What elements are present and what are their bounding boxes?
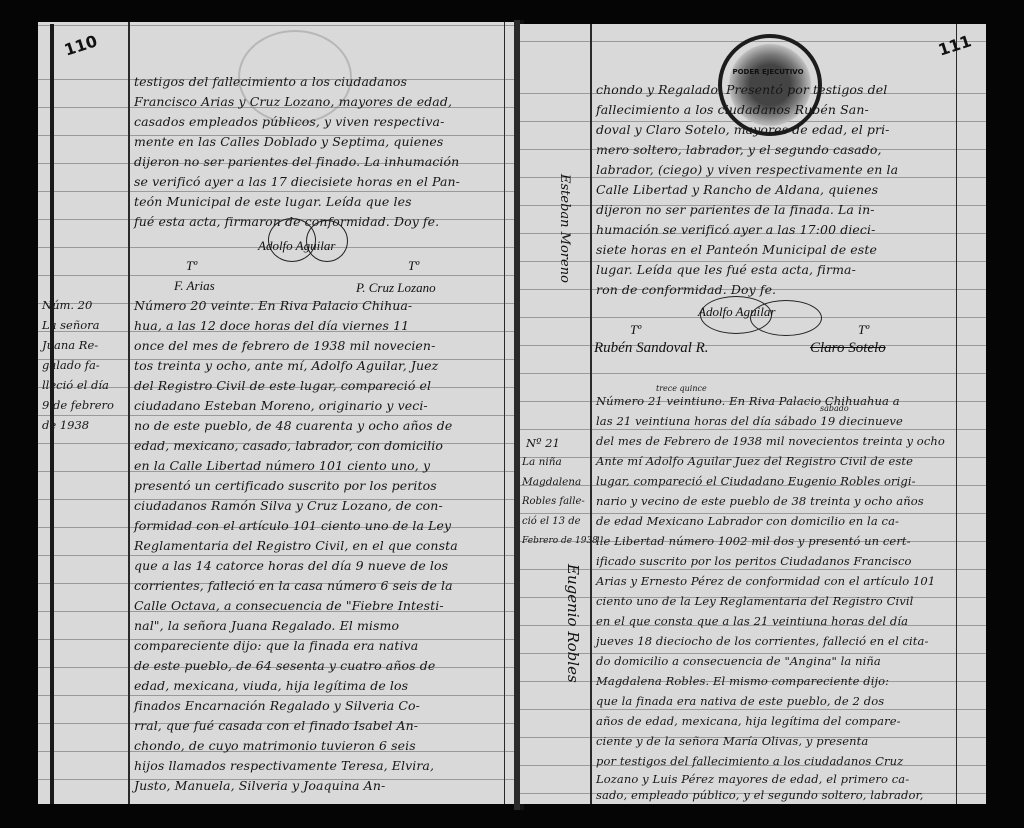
text-line: Número 20 veinte. En Riva Palacio Chihua…	[134, 298, 412, 313]
text-line: ciudadanos Ramón Silva y Cruz Lozano, de…	[134, 498, 443, 513]
text-line: Justo, Manuela, Silveria y Joaquina An-	[134, 778, 385, 793]
text-line: las 21 veintiuna horas del día sábado 19…	[596, 414, 903, 428]
witness-label: Tº	[630, 322, 641, 338]
text-line: doval y Claro Sotelo, mayores de edad, e…	[596, 122, 890, 137]
left-binding-edge	[50, 24, 54, 804]
text-line: ron de conformidad. Doy fe.	[596, 282, 776, 297]
text-line: tos treinta y ocho, ante mí, Adolfo Agui…	[134, 358, 438, 373]
text-line: rral, que fué casada con el finado Isabe…	[134, 718, 418, 733]
text-line: ciento uno de la Ley Reglamentaria del R…	[596, 594, 913, 608]
text-line: dijeron no ser parientes del finado. La …	[134, 154, 459, 169]
text-line: del mes de Febrero de 1938 mil novecient…	[596, 434, 945, 448]
witness-label: Tº	[408, 258, 419, 274]
witness-label: Tº	[858, 322, 869, 338]
text-line: se verificó ayer a las 17 diecisiete hor…	[134, 174, 460, 189]
left-page: 110 testigos del fallecimiento a los ciu…	[38, 22, 516, 804]
text-line: sado, empleado público, y el segundo sol…	[596, 788, 924, 802]
text-line: corrientes, falleció en la casa número 6…	[134, 578, 453, 593]
margin-line: Robles falle-	[522, 496, 585, 507]
margin-line: La niña	[522, 456, 562, 468]
official-signature: Adolfo Aguilar	[698, 304, 775, 320]
text-line: jueves 18 dieciocho de los corrientes, f…	[596, 634, 928, 648]
witness-label: Tº	[186, 258, 197, 274]
text-line: Arias y Ernesto Pérez de conformidad con…	[596, 574, 935, 588]
margin-line: Nº 21	[526, 436, 560, 450]
margin-line: ció el 13 de	[522, 516, 581, 527]
text-line: que a las 14 catorce horas del día 9 nue…	[134, 558, 448, 573]
text-line: lle Libertad número 1002 mil dos y prese…	[596, 534, 911, 548]
text-line: Francisco Arias y Cruz Lozano, mayores d…	[134, 94, 452, 109]
witness-1-signature: Rubén Sandoval R.	[594, 340, 709, 357]
text-line: edad, mexicano, casado, labrador, con do…	[134, 438, 443, 453]
text-line: presentó un certificado suscrito por los…	[134, 478, 437, 493]
text-line: Magdalena Robles. El mismo compareciente…	[596, 674, 889, 688]
text-line: once del mes de febrero de 1938 mil nove…	[134, 338, 435, 353]
text-line: edad, mexicana, viuda, hija legítima de …	[134, 678, 408, 693]
text-line: nal", la señora Juana Regalado. El mismo	[134, 618, 399, 633]
page-number: 111	[936, 31, 974, 59]
text-line: de este pueblo, de 64 sesenta y cuatro a…	[134, 658, 435, 673]
witness-2-signature: P. Cruz Lozano	[356, 280, 436, 296]
margin-line: Febrero de 1938	[522, 536, 598, 546]
text-line: no de este pueblo, de 48 cuarenta y ocho…	[134, 418, 452, 433]
text-line: hijos llamados respectivamente Teresa, E…	[134, 758, 434, 773]
text-line: ciente y de la señora María Olivas, y pr…	[596, 734, 868, 748]
text-line: Lozano y Luis Pérez mayores de edad, el …	[596, 772, 909, 786]
text-line: del Registro Civil de este lugar, compar…	[134, 378, 431, 393]
text-line: casados empleados públicos, y viven resp…	[134, 114, 444, 129]
right-page: 111 PODER EJECUTIVO DEL ESTADO · CHIHUAH…	[520, 24, 986, 804]
right-edge-rule	[504, 22, 505, 804]
vertical-margin-signature: Eugenio Robles	[564, 564, 582, 683]
text-line: do domicilio a consecuencia de "Angina" …	[596, 654, 881, 668]
text-line: finados Encarnación Regalado y Silveria …	[134, 698, 420, 713]
text-line: que la finada era nativa de este pueblo,…	[596, 694, 884, 708]
text-line: teón Municipal de este lugar. Leída que …	[134, 194, 412, 209]
page-number: 110	[62, 31, 100, 59]
text-line: Calle Libertad y Rancho de Aldana, quien…	[596, 182, 878, 197]
text-line: en el que consta que a las 21 veintiuna …	[596, 614, 908, 628]
text-line: por testigos del fallecimiento a los ciu…	[596, 754, 903, 768]
text-line: Reglamentaria del Registro Civil, en el …	[134, 538, 458, 553]
text-line: mente en las Calles Doblado y Septima, q…	[134, 134, 443, 149]
text-line: humación se verificó ayer a las 17:00 di…	[596, 222, 875, 237]
text-line: Calle Octava, a consecuencia de "Fiebre …	[134, 598, 444, 613]
text-line: de edad Mexicano Labrador con domicilio …	[596, 514, 899, 528]
margin-rule	[128, 22, 130, 804]
text-line: nario y vecino de este pueblo de 38 trei…	[596, 494, 924, 508]
text-line: en la Calle Libertad número 101 ciento u…	[134, 458, 430, 473]
text-line: mero soltero, labrador, y el segundo cas…	[596, 142, 882, 157]
text-line: Ante mí Adolfo Aguilar Juez del Registro…	[596, 454, 913, 468]
witness-2-signature: Claro Sotelo	[810, 340, 886, 357]
text-line: labrador, (ciego) y viven respectivament…	[596, 162, 898, 177]
text-line: chondo, de cuyo matrimonio tuvieron 6 se…	[134, 738, 416, 753]
interlinear-insertion: trece quince	[656, 384, 707, 393]
text-line: lugar. Leída que les fué esta acta, firm…	[596, 262, 856, 277]
right-edge-rule	[956, 24, 957, 804]
text-line: Número 21 veintiuno. En Riva Palacio Chi…	[596, 394, 900, 408]
text-line: ciudadano Esteban Moreno, originario y v…	[134, 398, 428, 413]
text-line: fallecimiento a los ciudadanos Rubén San…	[596, 102, 869, 117]
text-line: formidad con el artículo 101 ciento uno …	[134, 518, 451, 533]
text-line: testigos del fallecimiento a los ciudada…	[134, 74, 407, 89]
text-line: hua, a las 12 doce horas del día viernes…	[134, 318, 409, 333]
text-line: siete horas en el Panteón Municipal de e…	[596, 242, 877, 257]
margin-rule	[590, 24, 592, 804]
text-line: lugar, compareció el Ciudadano Eugenio R…	[596, 474, 916, 488]
official-signature: Adolfo Aguilar	[258, 238, 335, 254]
margin-line: Magdalena	[522, 476, 581, 488]
text-line: compareciente dijo: que la finada era na…	[134, 638, 418, 653]
text-line: dijeron no ser parientes de la finada. L…	[596, 202, 875, 217]
text-line: años de edad, mexicana, hija legítima de…	[596, 714, 901, 728]
witness-1-signature: F. Arias	[174, 278, 215, 294]
text-line: chondo y Regalado. Presentó por testigos…	[596, 82, 887, 97]
text-line: ificado suscrito por los peritos Ciudada…	[596, 554, 912, 568]
vertical-margin-signature: Esteban Moreno	[557, 174, 572, 283]
